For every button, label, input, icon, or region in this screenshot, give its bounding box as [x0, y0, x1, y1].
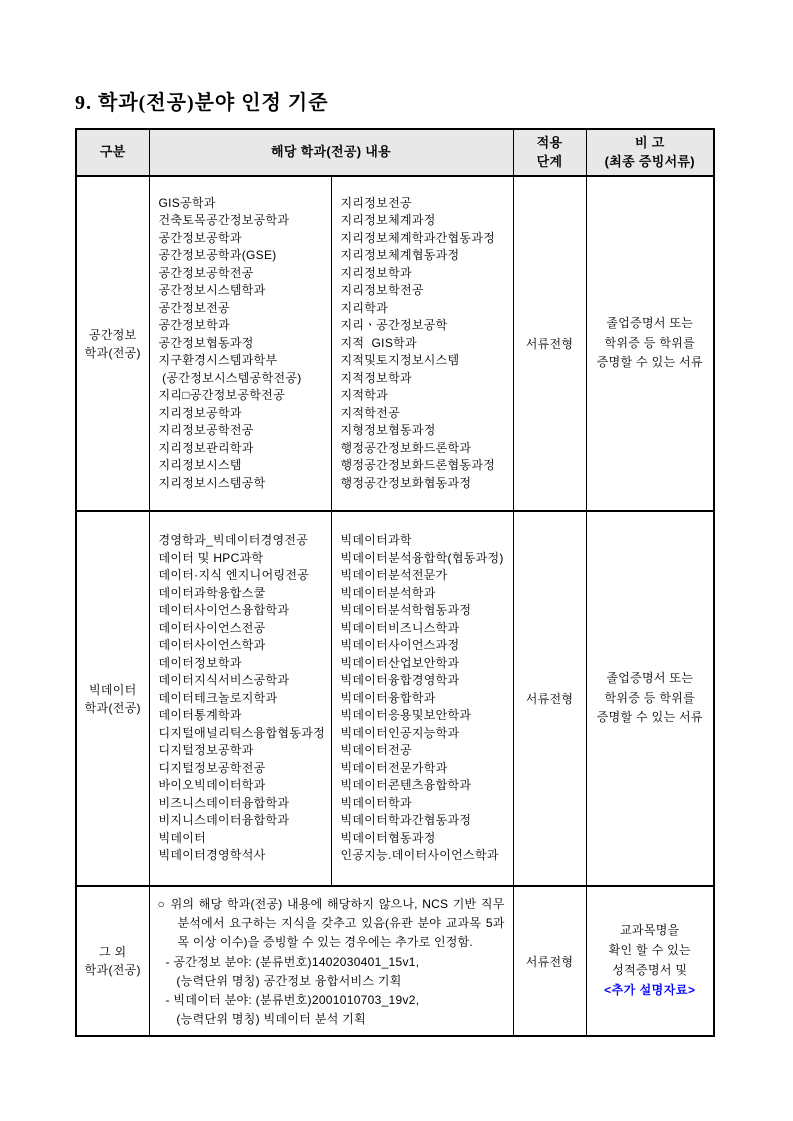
col-header-note: 비 고 (최종 증빙서류)	[586, 129, 714, 176]
list-item: 빅데이터전공	[341, 742, 509, 760]
list-item: 디지털정보공학전공	[159, 760, 327, 778]
list-item: 지리학과	[341, 300, 509, 318]
list-item: 빅데이터학과간협동과정	[341, 812, 509, 830]
bigdata-stage: 서류전형	[513, 511, 586, 886]
list-item: 데이터사이언스융합학과	[159, 602, 327, 620]
list-item: 지리정보시스템	[159, 457, 327, 475]
list-item: 빅데이터분석융합학(협동과정)	[341, 550, 509, 568]
list-item: 공간정보시스템학과	[159, 282, 327, 300]
list-item: 지리정보시스템공학	[159, 475, 327, 493]
list-item: 지적학과	[341, 387, 509, 405]
list-item: 지형정보협동과정	[341, 422, 509, 440]
list-item: 빅데이터콘텐츠융합학과	[341, 777, 509, 795]
list-item: 빅데이터전문가학과	[341, 760, 509, 778]
list-item: 지리정보공학과	[159, 405, 327, 423]
list-item: 빅데이터협동과정	[341, 830, 509, 848]
list-item: (능력단위 명칭) 빅데이터 분석 기획	[166, 1010, 505, 1029]
list-item: 빅데이터	[159, 830, 327, 848]
spatial-stage: 서류전형	[513, 176, 586, 511]
list-item: 비즈니스데이터융합학과	[159, 795, 327, 813]
list-item: 지리□공간정보공학전공	[159, 387, 327, 405]
list-item: 데이터테크놀로지학과	[159, 690, 327, 708]
spatial-note: 졸업증명서 또는 학위증 등 학위를 증명할 수 있는 서류	[586, 176, 714, 511]
list-item: - 공간정보 분야: (분류번호)1402030401_15v1,	[166, 953, 505, 972]
list-item: 빅데이터과학	[341, 532, 509, 550]
other-stage: 서류전형	[513, 886, 586, 1036]
bigdata-category-label: 빅데이터 학과(전공)	[76, 511, 149, 886]
list-item: 빅데이터융합학과	[341, 690, 509, 708]
list-item: (능력단위 명칭) 공간정보 융합서비스 기획	[166, 972, 505, 991]
other-category-label: 그 외 학과(전공)	[76, 886, 149, 1036]
list-item: 지리정보전공	[341, 195, 509, 213]
list-item: 빅데이터경영학석사	[159, 847, 327, 865]
list-item: 데이터사이언스학과	[159, 637, 327, 655]
list-item: 공간정보공학과	[159, 230, 327, 248]
table-row-other: 그 외 학과(전공) ○ 위의 해당 학과(전공) 내용에 해당하지 않으나, …	[76, 886, 714, 1036]
list-item: 지리정보학전공	[341, 282, 509, 300]
list-item: 공간정보협동과정	[159, 335, 327, 353]
list-item: 공간정보공학전공	[159, 265, 327, 283]
list-item: 지리정보학과	[341, 265, 509, 283]
list-item: 행정공간정보화협동과정	[341, 475, 509, 493]
list-item: 데이터지식서비스공학과	[159, 672, 327, 690]
bigdata-note: 졸업증명서 또는 학위증 등 학위를 증명할 수 있는 서류	[586, 511, 714, 886]
ncs-detail-lines: - 공간정보 분야: (분류번호)1402030401_15v1, (능력단위 …	[158, 953, 505, 1029]
list-item: 지리정보공학전공	[159, 422, 327, 440]
list-item: 디지털정보공학과	[159, 742, 327, 760]
list-item: 빅데이터학과	[341, 795, 509, 813]
list-item: 데이터·지식 엔지니어링전공	[159, 567, 327, 585]
recognition-criteria-table: 구분 해당 학과(전공) 내용 적용 단계 비 고 (최종 증빙서류) 공간정보…	[75, 128, 715, 1037]
spatial-category-label: 공간정보 학과(전공)	[76, 176, 149, 511]
list-item: 지구환경시스템과학부	[159, 352, 327, 370]
list-item: - 빅데이터 분야: (분류번호)2001010703_19v2,	[166, 991, 505, 1010]
list-item: 지리정보체계협동과정	[341, 247, 509, 265]
list-item: 지적정보학과	[341, 370, 509, 388]
list-item: 경영학과_빅데이터경영전공	[159, 532, 327, 550]
bigdata-dept-list-left: 경영학과_빅데이터경영전공데이터 및 HPC과학데이터·지식 엔지니어링전공데이…	[149, 511, 331, 886]
list-item: 지리정보관리학과	[159, 440, 327, 458]
list-item: GIS공학과	[159, 195, 327, 213]
list-item: 데이터정보학과	[159, 655, 327, 673]
list-item: 빅데이터산업보안학과	[341, 655, 509, 673]
page-title: 9. 학과(전공)분야 인정 기준	[75, 86, 329, 115]
list-item: 행정공간정보화드론협동과정	[341, 457, 509, 475]
list-item: 데이터통계학과	[159, 707, 327, 725]
list-item: 빅데이터인공지능학과	[341, 725, 509, 743]
list-item: 빅데이터융합경영학과	[341, 672, 509, 690]
other-note: 교과목명을 확인 할 수 있는 성적증명서 및 <추가 설명자료>	[586, 886, 714, 1036]
other-note-text: 교과목명을 확인 할 수 있는 성적증명서 및	[609, 923, 691, 977]
list-item: 지리정보체계학과간협동과정	[341, 230, 509, 248]
list-item: 빅데이터분석학과	[341, 585, 509, 603]
list-item: 빅데이터분석전문가	[341, 567, 509, 585]
list-item: 건축토목공간정보공학과	[159, 212, 327, 230]
list-item: 바이오빅데이터학과	[159, 777, 327, 795]
list-item: 데이터 및 HPC과학	[159, 550, 327, 568]
list-item: 지적학전공	[341, 405, 509, 423]
list-item: 디지털애널리틱스융합협동과정	[159, 725, 327, 743]
list-item: 지적및토지정보시스템	[341, 352, 509, 370]
document-page: 9. 학과(전공)분야 인정 기준 구분 해당 학과(전공) 내용 적용 단계 …	[0, 0, 793, 1121]
list-item: 공간정보학과	[159, 317, 327, 335]
list-item: 빅데이터응용및보안학과	[341, 707, 509, 725]
table-row-spatial-info: 공간정보 학과(전공) GIS공학과건축토목공간정보공학과공간정보공학과공간정보…	[76, 176, 714, 511]
list-item: (공간정보시스템공학전공)	[159, 370, 327, 388]
list-item: 행정공간정보화드론학과	[341, 440, 509, 458]
table-header-row: 구분 해당 학과(전공) 내용 적용 단계 비 고 (최종 증빙서류)	[76, 129, 714, 176]
list-item: 공간정보전공	[159, 300, 327, 318]
table-row-bigdata: 빅데이터 학과(전공) 경영학과_빅데이터경영전공데이터 및 HPC과학데이터·…	[76, 511, 714, 886]
bigdata-dept-list-right: 빅데이터과학빅데이터분석융합학(협동과정)빅데이터분석전문가빅데이터분석학과빅데…	[331, 511, 513, 886]
col-header-content: 해당 학과(전공) 내용	[149, 129, 513, 176]
list-item: 공간정보공학과(GSE)	[159, 247, 327, 265]
list-item: 비지니스데이터융합학과	[159, 812, 327, 830]
list-item: 지리ㆍ공간정보공학	[341, 317, 509, 335]
list-item: 빅데이터사이언스과정	[341, 637, 509, 655]
list-item: 데이터과학융합스쿨	[159, 585, 327, 603]
list-item: 데이터사이언스전공	[159, 620, 327, 638]
list-item: 지리정보체계과정	[341, 212, 509, 230]
list-item: 빅데이터분석학협동과정	[341, 602, 509, 620]
spatial-dept-list-right: 지리정보전공지리정보체계과정지리정보체계학과간협동과정지리정보체계협동과정지리정…	[331, 176, 513, 511]
additional-material-link[interactable]: <추가 설명자료>	[591, 981, 710, 1001]
col-header-stage: 적용 단계	[513, 129, 586, 176]
other-content-cell: ○ 위의 해당 학과(전공) 내용에 해당하지 않으나, NCS 기반 직무분석…	[149, 886, 513, 1036]
spatial-dept-list-left: GIS공학과건축토목공간정보공학과공간정보공학과공간정보공학과(GSE)공간정보…	[149, 176, 331, 511]
ncs-exception-paragraph: ○ 위의 해당 학과(전공) 내용에 해당하지 않으나, NCS 기반 직무분석…	[158, 895, 505, 952]
list-item: 인공지능.데이터사이언스학과	[341, 847, 509, 865]
list-item: 지적 GIS학과	[341, 335, 509, 353]
col-header-category: 구분	[76, 129, 149, 176]
list-item: 빅데이터비즈니스학과	[341, 620, 509, 638]
